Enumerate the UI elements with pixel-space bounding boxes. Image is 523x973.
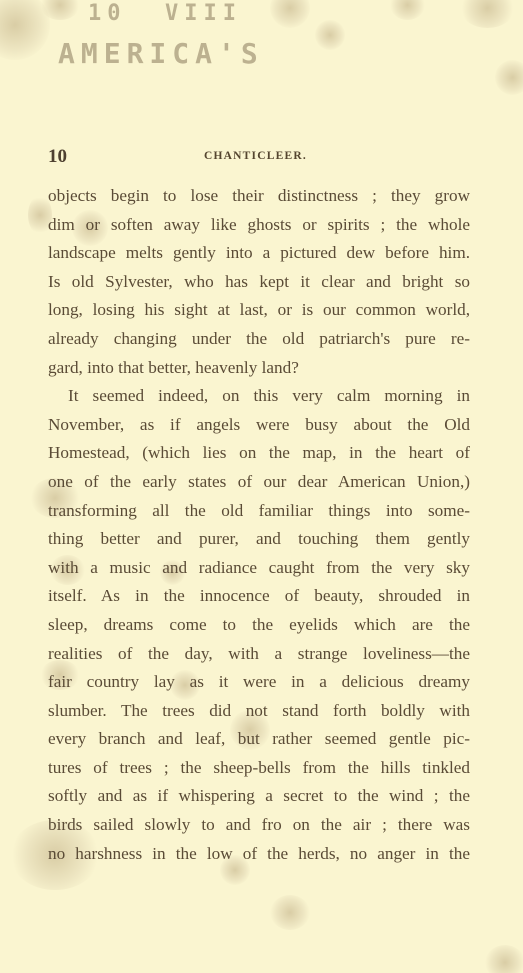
running-title: CHANTICLEER.	[204, 150, 307, 162]
text-line: gard, into that better, heavenly land?	[48, 354, 470, 383]
text-line: long, losing his sight at last, or is ou…	[48, 296, 470, 325]
text-line: thing better and purer, and touching the…	[48, 525, 470, 554]
foxing-stain	[270, 895, 310, 930]
text-line: already changing under the old patriarch…	[48, 325, 470, 354]
text-line: every branch and leaf, but rather seemed…	[48, 725, 470, 754]
text-line: birds sailed slowly to and fro on the ai…	[48, 811, 470, 840]
text-line: Homestead, (which lies on the map, in th…	[48, 439, 470, 468]
running-head: 10 CHANTICLEER.	[48, 146, 470, 166]
foxing-stain	[315, 20, 345, 50]
text-line: transforming all the old familiar things…	[48, 497, 470, 526]
text-line: softly and as if whispering a secret to …	[48, 782, 470, 811]
text-line: November, as if angels were busy about t…	[48, 411, 470, 440]
foxing-stain	[495, 60, 523, 95]
text-line: sleep, dreams come to the eyelids which …	[48, 611, 470, 640]
text-line: no harshness in the low of the herds, no…	[48, 840, 470, 869]
text-line: slumber. The trees did not stand forth b…	[48, 697, 470, 726]
text-line: one of the early states of our dear Amer…	[48, 468, 470, 497]
foxing-stain	[390, 0, 425, 20]
text-line: It seemed indeed, on this very calm morn…	[48, 382, 470, 411]
bleed-through-row-2: AMERICA'S	[58, 34, 308, 74]
book-page: 10 VIII AMERICA'S 10 CHANTICLEER. object…	[0, 0, 523, 973]
text-line: Is old Sylvester, who has kept it clear …	[48, 268, 470, 297]
text-line: itself. As in the innocence of beauty, s…	[48, 582, 470, 611]
text-line: dim or soften away like ghosts or spirit…	[48, 211, 470, 240]
text-line: realities of the day, with a strange lov…	[48, 640, 470, 669]
text-line: with a music and radiance caught from th…	[48, 554, 470, 583]
text-line: landscape melts gently into a pictured d…	[48, 239, 470, 268]
foxing-stain	[460, 0, 515, 28]
page-number: 10	[48, 146, 67, 168]
foxing-stain	[485, 945, 523, 973]
body-text: objects begin to lose their distinctness…	[48, 182, 470, 868]
text-line: tures of trees ; the sheep-bells from th…	[48, 754, 470, 783]
text-line: objects begin to lose their distinctness…	[48, 182, 470, 211]
text-line: fair country lay as it were in a delicio…	[48, 668, 470, 697]
